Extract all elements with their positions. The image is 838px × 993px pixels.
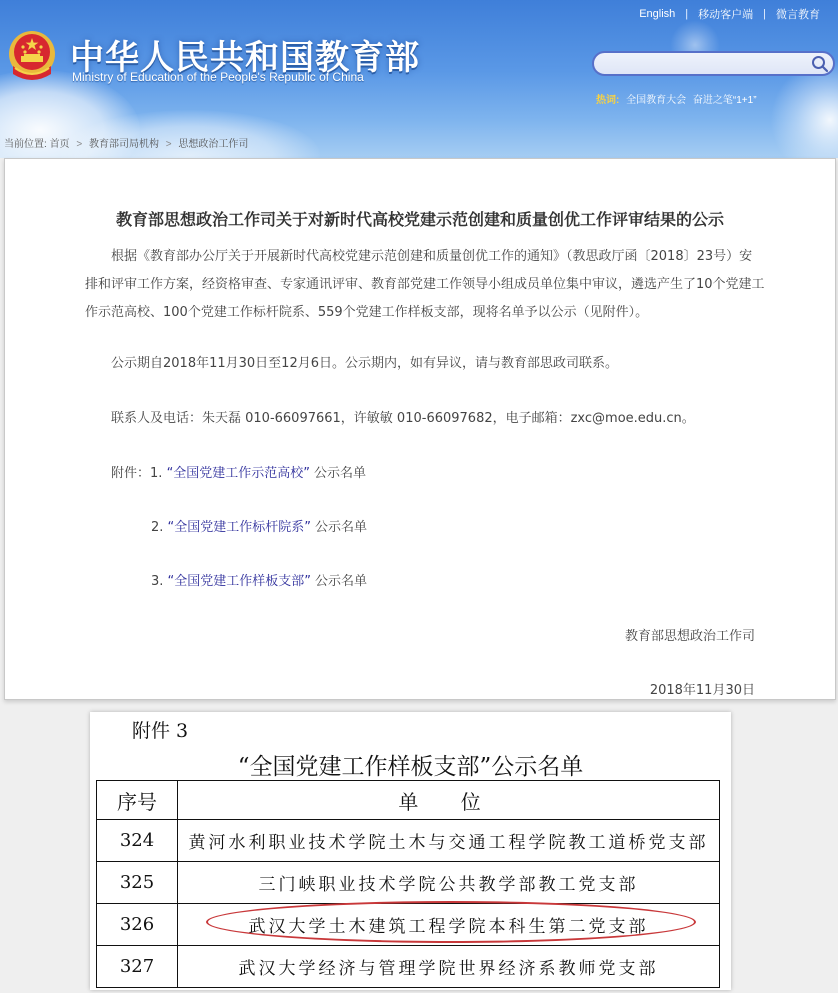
signature-organization: 教育部思想政治工作司	[625, 625, 755, 644]
search-input[interactable]	[604, 55, 804, 73]
hot-words: 热词: 全国教育大会 奋进之笔“1+1”	[596, 91, 757, 106]
scan-attachment-label: 附件 3	[132, 716, 188, 743]
attachment-item: 3. “全国党建工作样板支部”公示名单	[151, 570, 367, 589]
attachment-link[interactable]: “全国党建工作标杆院系”	[168, 520, 311, 535]
row-unit: 武汉大学经济与管理学院世界经济系教师党支部	[178, 946, 720, 988]
row-number: 326	[97, 904, 178, 946]
article-title: 教育部思想政治工作司关于对新时代高校党建示范创建和质量创优工作评审结果的公示	[5, 207, 835, 230]
article-card: 教育部思想政治工作司关于对新时代高校党建示范创建和质量创优工作评审结果的公示 根…	[4, 158, 836, 700]
hot-word-link[interactable]: 全国教育大会	[626, 95, 686, 106]
attachment-index: 1.	[150, 466, 162, 481]
breadcrumb-separator: >	[166, 139, 172, 150]
attachment-link[interactable]: “全国党建工作样板支部”	[168, 574, 311, 589]
search-icon[interactable]	[811, 55, 829, 73]
breadcrumb-departments[interactable]: 教育部司局机构	[89, 139, 159, 150]
attachment-suffix: 公示名单	[315, 574, 367, 589]
search-box	[592, 51, 835, 76]
hot-words-label: 热词:	[596, 95, 619, 106]
table-row: 327 武汉大学经济与管理学院世界经济系教师党支部	[97, 946, 720, 988]
attachment-item: 附件：1. “全国党建工作示范高校”公示名单	[111, 462, 366, 481]
article-paragraph: 公示期自2018年11月30日至12月6日。公示期内，如有异议，请与教育部思政司…	[111, 350, 618, 378]
signature-date: 2018年11月30日	[650, 679, 755, 698]
row-unit: 武汉大学土木建筑工程学院本科生第二党支部	[178, 904, 720, 946]
article-paragraph: 根据《教育部办公厅关于开展新时代高校党建示范创建和质量创优工作的通知》（教思政厅…	[85, 243, 765, 327]
attachments-prefix: 附件：	[111, 466, 150, 481]
table-row-highlighted: 326 武汉大学土木建筑工程学院本科生第二党支部	[97, 904, 720, 946]
separator: |	[685, 8, 688, 20]
row-unit: 三门峡职业技术学院公共教学部教工党支部	[178, 862, 720, 904]
breadcrumb-prefix: 当前位置:	[4, 139, 47, 150]
mobile-client-link[interactable]: 移动客户端	[698, 6, 753, 22]
scan-table: 序号 单 位 324 黄河水利职业技术学院土木与交通工程学院教工道桥党支部 32…	[96, 780, 720, 988]
national-emblem-icon	[7, 30, 57, 82]
attachment-scan-image: 附件 3 “全国党建工作样板支部”公示名单 序号 单 位 324 黄河水利职业技…	[90, 712, 731, 990]
attachment-link[interactable]: “全国党建工作示范高校”	[167, 466, 310, 481]
hot-word-link[interactable]: 奋进之笔“1+1”	[693, 95, 757, 106]
weiyan-education-link[interactable]: 微言教育	[776, 6, 820, 22]
attachment-item: 2. “全国党建工作标杆院系”公示名单	[151, 516, 367, 535]
article-paragraph: 联系人及电话：朱天磊 010-66097661，许敏敏 010-66097682…	[111, 405, 695, 433]
breadcrumb-home[interactable]: 首页	[50, 139, 70, 150]
breadcrumb-separator: >	[76, 139, 82, 150]
site-subtitle: Ministry of Education of the People's Re…	[72, 70, 364, 84]
breadcrumb-current[interactable]: 思想政治工作司	[178, 139, 248, 150]
top-links: English | 移动客户端 | 微言教育	[639, 6, 820, 22]
site-header: 中华人民共和国教育部 Ministry of Education of the …	[0, 0, 838, 158]
row-unit: 黄河水利职业技术学院土木与交通工程学院教工道桥党支部	[178, 820, 720, 862]
attachment-suffix: 公示名单	[314, 466, 366, 481]
attachment-suffix: 公示名单	[315, 520, 367, 535]
table-row: 325 三门峡职业技术学院公共教学部教工党支部	[97, 862, 720, 904]
attachment-index: 3.	[151, 574, 163, 589]
scan-title: “全国党建工作样板支部”公示名单	[90, 748, 731, 781]
row-number: 327	[97, 946, 178, 988]
column-header-unit: 单 位	[178, 781, 720, 820]
row-number: 324	[97, 820, 178, 862]
column-header-number: 序号	[97, 781, 178, 820]
attachment-index: 2.	[151, 520, 163, 535]
separator: |	[763, 8, 766, 20]
row-number: 325	[97, 862, 178, 904]
english-link[interactable]: English	[639, 8, 675, 20]
table-row: 324 黄河水利职业技术学院土木与交通工程学院教工道桥党支部	[97, 820, 720, 862]
table-header-row: 序号 单 位	[97, 781, 720, 820]
breadcrumb: 当前位置: 首页 > 教育部司局机构 > 思想政治工作司	[4, 135, 248, 150]
